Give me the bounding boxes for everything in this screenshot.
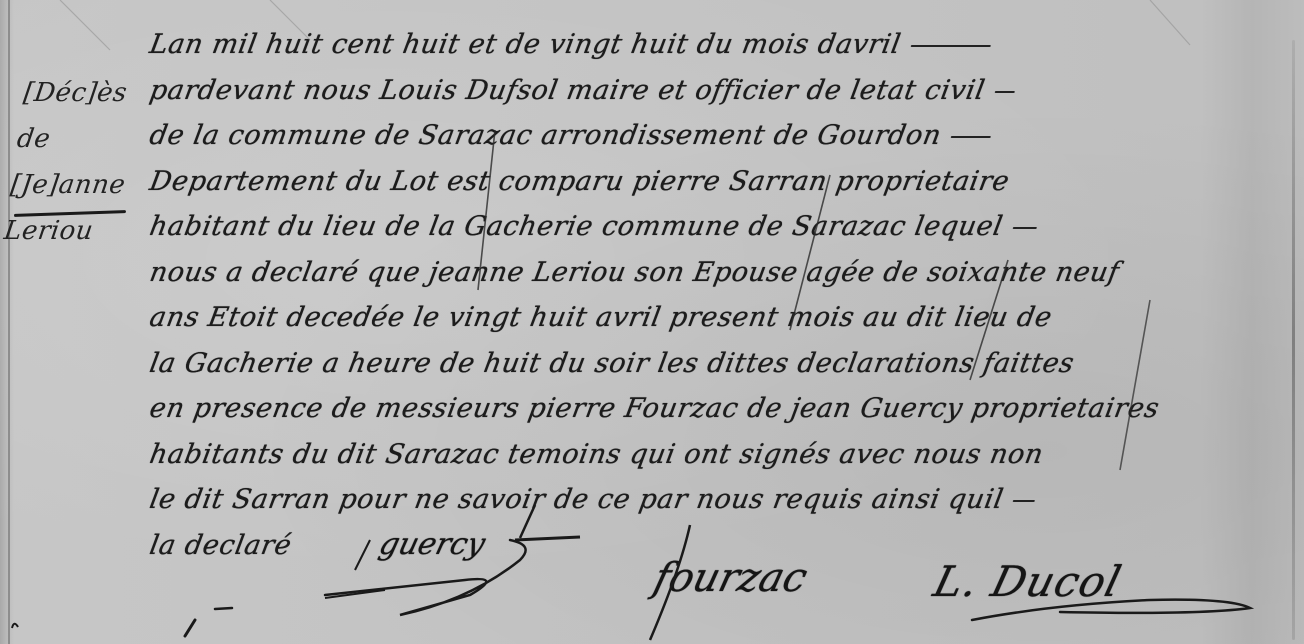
record-line: habitant du lieu de la Gacherie commune … — [146, 204, 1264, 250]
record-line-text: Departement du Lot est comparu pierre Sa… — [147, 166, 1012, 197]
record-line-text: le dit Sarran pour ne savoir de ce par n… — [147, 484, 1006, 515]
record-line: de la commune de Sarazac arrondissement … — [146, 113, 1264, 159]
margin-note: [Déc]ès de [Je]anne Leriou — [1, 70, 147, 254]
signature-mayor-ducol: L. Ducol — [929, 557, 1127, 606]
record-line-text: en presence de messieurs pierre Fourzac … — [147, 393, 1162, 424]
signature-guercy: guercy — [376, 527, 489, 562]
record-line: la Gacherie a heure de huit du soir les … — [146, 341, 1264, 387]
record-line: Lan mil huit cent huit et de vingt huit … — [146, 22, 1264, 68]
line-fill-dash — [951, 136, 991, 138]
record-line: habitants du dit Sarazac temoins qui ont… — [146, 432, 1264, 478]
record-body: Lan mil huit cent huit et de vingt huit … — [150, 22, 1260, 568]
record-line-text: habitants du dit Sarazac temoins qui ont… — [147, 439, 1046, 470]
record-line-text: de la commune de Sarazac arrondissement … — [147, 120, 943, 151]
record-line: ans Etoit decedée le vingt huit avril pr… — [146, 295, 1264, 341]
record-line: nous a declaré que jeanne Leriou son Epo… — [146, 250, 1264, 296]
record-line-text: la Gacherie a heure de huit du soir les … — [147, 348, 1076, 379]
record-line: le dit Sarran pour ne savoir de ce par n… — [146, 477, 1264, 523]
record-line-text: ans Etoit decedée le vingt huit avril pr… — [147, 302, 1054, 333]
signatures: guercy fourzac L. Ducol — [0, 545, 1304, 644]
margin-note-line: [Déc]ès de — [14, 70, 147, 162]
record-line: pardevant nous Louis Dufsol maire et off… — [146, 68, 1264, 114]
record-line-text: nous a declaré que jeanne Leriou son Epo… — [147, 257, 1121, 288]
record-line: en presence de messieurs pierre Fourzac … — [146, 386, 1264, 432]
register-page: [Déc]ès de [Je]anne Leriou Lan mil huit … — [0, 0, 1304, 644]
signature-fourzac: fourzac — [649, 555, 812, 601]
line-fill-dash — [994, 90, 1014, 92]
line-fill-dash — [910, 45, 990, 47]
line-fill-dash — [1013, 500, 1035, 502]
line-fill-dash — [1012, 227, 1036, 229]
margin-note-line: [Je]anne — [8, 162, 134, 208]
record-line-text: Lan mil huit cent huit et de vingt huit … — [147, 29, 903, 60]
record-line-text: habitant du lieu de la Gacherie commune … — [147, 211, 1005, 242]
record-line: Departement du Lot est comparu pierre Sa… — [146, 159, 1264, 205]
record-line-text: pardevant nous Louis Dufsol maire et off… — [147, 75, 987, 106]
